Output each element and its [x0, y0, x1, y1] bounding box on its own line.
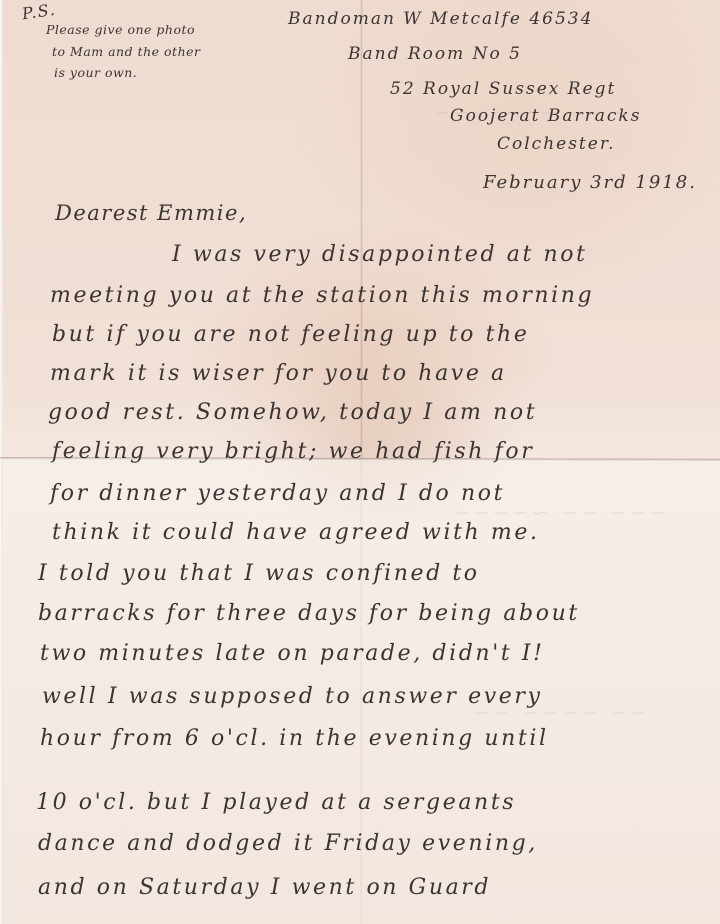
body-line: mark it is wiser for you to have a [50, 361, 507, 386]
address-line-town: Colchester. [497, 134, 616, 154]
body-line: two minutes late on parade, didn't I! [40, 641, 545, 666]
body-line: think it could have agreed with me. [52, 520, 540, 545]
address-line-room: Band Room No 5 [348, 44, 522, 64]
letter-page: ~~ ~~~~ ~~~ ~~~ ~~ ~~~~~ ~~ ~~~~ ~~ P.S.… [0, 0, 720, 924]
body-line: dance and dodged it Friday evening, [38, 831, 538, 856]
body-line: for dinner yesterday and I do not [50, 481, 505, 506]
letter-date: February 3rd 1918. [483, 172, 697, 193]
postscript-line: to Mam and the other [52, 44, 201, 59]
body-line: and on Saturday I went on Guard [38, 875, 491, 900]
body-line: barracks for three days for being about [38, 601, 580, 626]
body-line: I told you that I was confined to [38, 561, 480, 586]
address-line-sender: Bandoman W Metcalfe 46534 [288, 9, 593, 29]
address-line-regiment: 52 Royal Sussex Regt [390, 79, 616, 99]
postscript-mark: P.S. [21, 0, 57, 23]
body-line: 10 o'cl. but I played at a sergeants [36, 790, 516, 815]
vertical-fold-crease [360, 0, 363, 460]
salutation: Dearest Emmie, [55, 201, 247, 225]
postscript-line: is your own. [54, 65, 137, 80]
address-line-barracks: Goojerat Barracks [450, 106, 641, 126]
body-line: I was very disappointed at not [172, 242, 588, 267]
paper-left-edge [0, 0, 3, 924]
body-line: well I was supposed to answer every [42, 684, 543, 709]
body-line: hour from 6 o'cl. in the evening until [40, 726, 549, 751]
postscript-line: Please give one photo [46, 22, 195, 37]
body-line: feeling very bright; we had fish for [52, 439, 534, 464]
body-line: but if you are not feeling up to the [52, 322, 529, 347]
body-line: meeting you at the station this morning [50, 283, 594, 308]
body-line: good rest. Somehow, today I am not [48, 400, 537, 425]
